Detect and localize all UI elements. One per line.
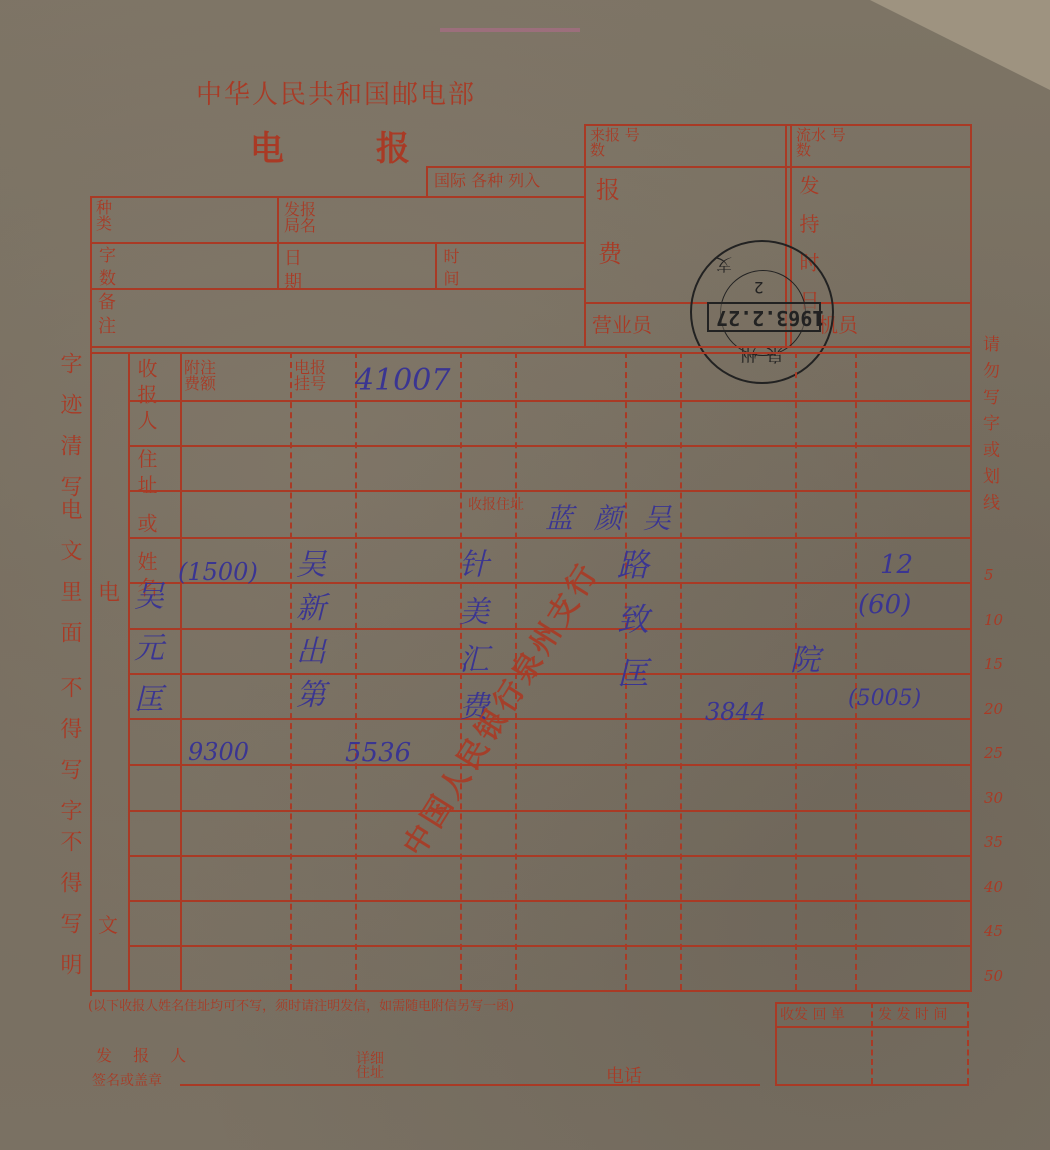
rule bbox=[277, 196, 279, 288]
words-label: 字数 bbox=[96, 246, 113, 292]
grid-col-dash bbox=[355, 352, 357, 990]
grid-row-line bbox=[128, 855, 970, 857]
rule bbox=[90, 196, 92, 996]
postmark-slot: 2 bbox=[754, 278, 764, 297]
rule bbox=[970, 346, 972, 992]
row-marker-top: 电 bbox=[98, 583, 120, 605]
sender-label: 发 报 人 bbox=[96, 1048, 194, 1064]
left-note-4: 不 得 写 明 bbox=[58, 830, 80, 981]
rule bbox=[426, 166, 586, 168]
handwritten-phone-number: 41007 bbox=[355, 366, 450, 396]
rule bbox=[90, 352, 972, 354]
signature-line[interactable] bbox=[180, 1084, 760, 1086]
time-label: 时间 bbox=[442, 248, 458, 292]
left-note-2: 电 文 里 面 bbox=[58, 498, 80, 649]
received-count-label: 来报 号数 bbox=[590, 128, 650, 158]
left-note-1: 字 迹 清 写 bbox=[58, 352, 80, 503]
origin-label: 发报 局名 bbox=[284, 202, 334, 234]
postmark-date: 1963.2.27 bbox=[716, 306, 824, 330]
form-title: 电 报 bbox=[250, 132, 450, 166]
handwritten-col2: 吴 新 出 第 bbox=[292, 548, 322, 711]
sent-count-label: 流水 号数 bbox=[796, 128, 856, 158]
handwritten-num1: 9300 bbox=[188, 740, 249, 764]
rule bbox=[584, 124, 972, 126]
handwritten-count-mid: (60) bbox=[858, 592, 911, 618]
remarks-label: 备注 bbox=[96, 292, 114, 340]
grid-col-dash bbox=[680, 352, 682, 990]
fee-label-2: 费 bbox=[598, 242, 622, 266]
rule bbox=[775, 1002, 777, 1084]
word-count-mark: 10 bbox=[984, 613, 1003, 628]
word-count-mark: 40 bbox=[984, 880, 1003, 895]
rule bbox=[970, 124, 972, 346]
handwritten-count-top: 12 bbox=[880, 552, 913, 578]
rule bbox=[426, 166, 428, 196]
recipient-addr-label: 收报住址 bbox=[468, 498, 524, 512]
row-marker-bottom: 文 bbox=[98, 915, 118, 935]
footer-note: (以下收报人姓名住址均可不写，须时请注明发信，如需随电附信另写一函) bbox=[88, 1000, 514, 1013]
address-label: 详细 住址 bbox=[356, 1052, 388, 1080]
grid-col-dash bbox=[855, 352, 857, 990]
grid-row-line bbox=[128, 445, 970, 447]
grid-row-line bbox=[128, 490, 970, 492]
rule bbox=[584, 124, 586, 346]
rule bbox=[967, 1002, 969, 1084]
recipient-label: 收报人 住址 或 姓名 bbox=[136, 358, 156, 603]
fee-label-1: 报 bbox=[596, 178, 620, 202]
word-count-mark: 45 bbox=[984, 924, 1003, 939]
word-count-mark: 5 bbox=[984, 568, 994, 583]
rule bbox=[435, 242, 437, 288]
handwritten-col5: 院 bbox=[790, 646, 820, 676]
grid-row-line bbox=[128, 900, 970, 902]
word-count-mark: 50 bbox=[984, 969, 1003, 984]
ink-mark bbox=[440, 28, 580, 32]
handwritten-recipient: 蓝 颜 吴 bbox=[545, 505, 677, 533]
handwritten-amount-b: (5005) bbox=[848, 688, 921, 710]
paper-fold-corner bbox=[870, 0, 1050, 90]
grid-col-line bbox=[180, 352, 182, 990]
grid-row-line bbox=[128, 673, 970, 675]
grid-row-line bbox=[128, 537, 970, 539]
grid-row-line bbox=[128, 400, 970, 402]
clerk-label: 营业员 bbox=[592, 315, 652, 335]
grid-row-line bbox=[128, 718, 970, 720]
ministry-title: 中华人民共和国邮电部 bbox=[196, 82, 476, 108]
date-label: 日期 bbox=[282, 248, 300, 296]
rule bbox=[90, 288, 586, 290]
rule bbox=[871, 1002, 873, 1084]
rule bbox=[90, 990, 972, 992]
rule bbox=[775, 1084, 969, 1086]
handwritten-num3: 3844 bbox=[705, 700, 766, 724]
word-count-mark: 30 bbox=[984, 791, 1003, 806]
addr-fee-label: 附注 费额 bbox=[184, 360, 234, 392]
postmark-branch: 支 bbox=[716, 254, 732, 277]
word-count-mark: 20 bbox=[984, 702, 1003, 717]
left-note-3: 不 得 写 字 bbox=[58, 676, 80, 827]
rule bbox=[90, 346, 972, 348]
handwritten-col4: 路 致 匡 bbox=[615, 548, 647, 694]
kind-label: 种类 bbox=[96, 200, 126, 232]
grid-row-line bbox=[128, 945, 970, 947]
grid-row-line bbox=[128, 764, 970, 766]
right-margin-note: 请 勿 写 字 或 划 线 bbox=[980, 335, 997, 512]
box-a-label: 收发 回 单 bbox=[780, 1008, 845, 1022]
handwritten-col1: 吴 元 匡 bbox=[130, 580, 160, 719]
handwritten-num2: 5536 bbox=[345, 740, 411, 766]
sub-note: 国际 各种 列入 bbox=[434, 173, 540, 189]
word-count-mark: 35 bbox=[984, 835, 1003, 850]
signature-label: 签名或盖章 bbox=[92, 1074, 162, 1088]
handwritten-amount-a: (1500) bbox=[178, 560, 258, 584]
rule bbox=[90, 196, 586, 198]
word-count-mark: 15 bbox=[984, 657, 1003, 672]
word-count-mark: 25 bbox=[984, 746, 1003, 761]
rule bbox=[584, 166, 972, 168]
box-b-label: 发 发 时 间 bbox=[878, 1008, 947, 1022]
grid-row-line bbox=[128, 810, 970, 812]
phone-field-label: 电话 bbox=[606, 1068, 642, 1086]
phone-label: 电报 挂号 bbox=[294, 360, 344, 392]
rule bbox=[90, 242, 586, 244]
postmark: 1963.2.27 2 泉州 支 bbox=[690, 240, 834, 384]
